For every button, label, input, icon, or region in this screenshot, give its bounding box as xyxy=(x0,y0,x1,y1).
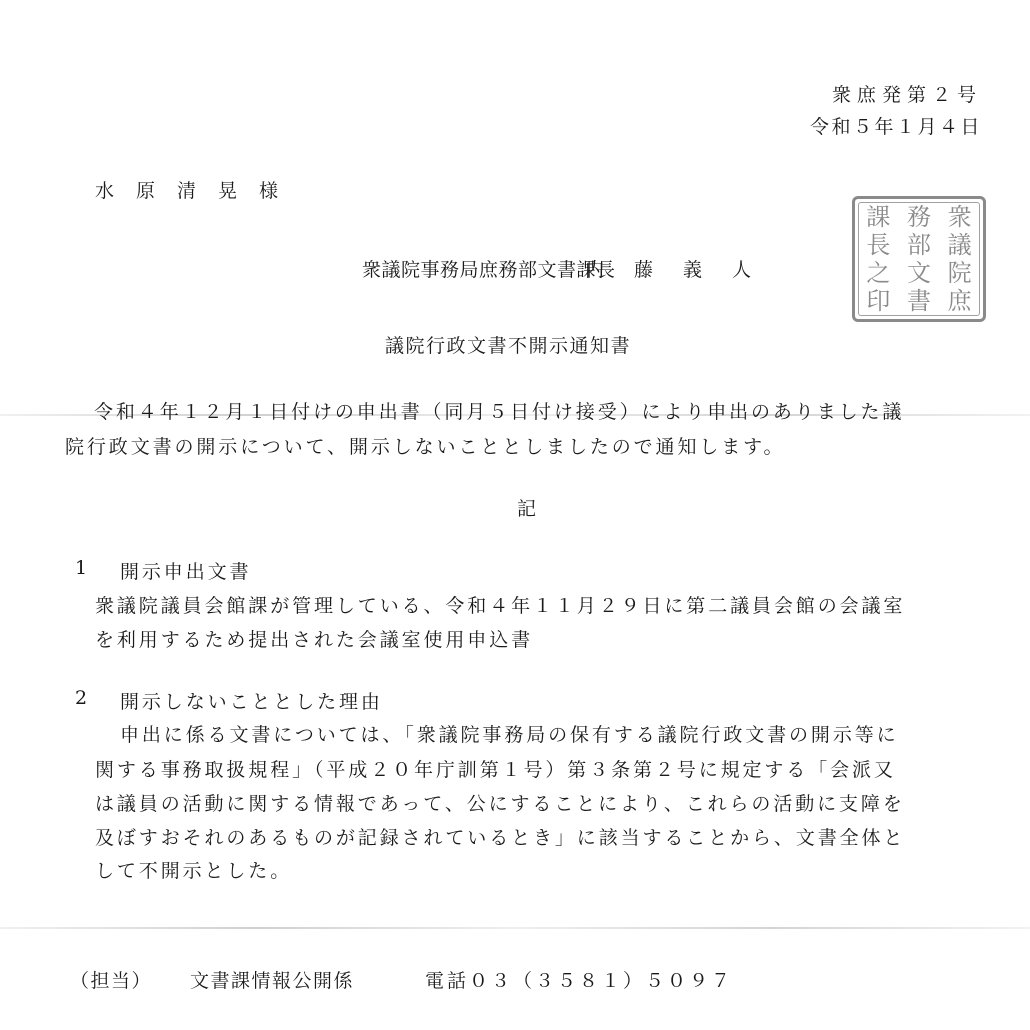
contact-department: 文書課情報公開係 xyxy=(190,966,354,993)
seal-column: 課 長 之 印 xyxy=(866,203,890,315)
contact-phone: 電話０３（３５８１）５０９７ xyxy=(425,966,733,993)
section-2-line: 関する事務取扱規程」（平成２０年庁訓第１号）第３条第２号に規定する「会派又 xyxy=(95,755,896,782)
body-line: 院行政文書の開示について、開示しないこととしましたので通知します。 xyxy=(65,432,785,459)
section-2-line: 申出に係る文書については、「衆議院事務局の保有する議院行政文書の開示等に xyxy=(120,720,899,747)
seal-char: 課 xyxy=(866,205,890,229)
section-2-number: 2 xyxy=(75,687,87,709)
official-seal-stamp: 衆 議 院 庶 務 部 文 書 課 長 之 印 xyxy=(852,196,986,322)
seal-column: 務 部 文 書 xyxy=(907,203,931,315)
seal-char: 務 xyxy=(907,205,931,229)
section-1-line: 衆議院議員会館課が管理している、令和４年１１月２９日に第二議員会館の会議室 xyxy=(95,591,905,618)
addressee: 水原清晃様 xyxy=(95,176,300,203)
seal-char: 庶 xyxy=(948,289,972,313)
section-2-line: は議員の活動に関する情報であって、公にすることにより、これらの活動に支障を xyxy=(95,789,905,816)
section-2-line: 及ぼすおそれのあるものが記録されているとき」に該当することから、文書全体と xyxy=(95,823,905,850)
seal-char: 文 xyxy=(907,261,931,285)
ki-marker: 記 xyxy=(517,494,536,521)
seal-char: 書 xyxy=(907,289,931,313)
section-1-heading: 開示申出文書 xyxy=(120,557,251,584)
contact-label: （担当） xyxy=(70,966,152,993)
section-1-line: を利用するため提出された会議室使用申込書 xyxy=(95,625,533,652)
section-1-number: 1 xyxy=(75,557,87,579)
document-date: 令和５年１月４日 xyxy=(810,112,982,139)
section-2-line: して不開示とした。 xyxy=(95,856,292,883)
seal-column: 衆 議 院 庶 xyxy=(948,203,972,315)
seal-char: 之 xyxy=(866,261,890,285)
sender-name: 内藤義人 xyxy=(585,255,781,282)
document-number: 衆庶発第２号 xyxy=(832,80,982,107)
section-2-heading: 開示しないこととした理由 xyxy=(120,687,383,714)
seal-char: 長 xyxy=(866,233,890,257)
seal-char: 印 xyxy=(866,289,890,313)
seal-char: 衆 xyxy=(948,205,972,229)
seal-char: 議 xyxy=(948,233,972,257)
document-title: 議院行政文書不開示通知書 xyxy=(385,331,631,358)
seal-char: 院 xyxy=(948,261,972,285)
body-line: 令和４年１２月１日付けの申出書（同月５日付け接受）により申出のありました議 xyxy=(94,397,904,424)
seal-char: 部 xyxy=(907,233,931,257)
paper-fold-line xyxy=(0,927,1030,929)
sender-title: 衆議院事務局庶務部文書課長 xyxy=(362,255,616,282)
